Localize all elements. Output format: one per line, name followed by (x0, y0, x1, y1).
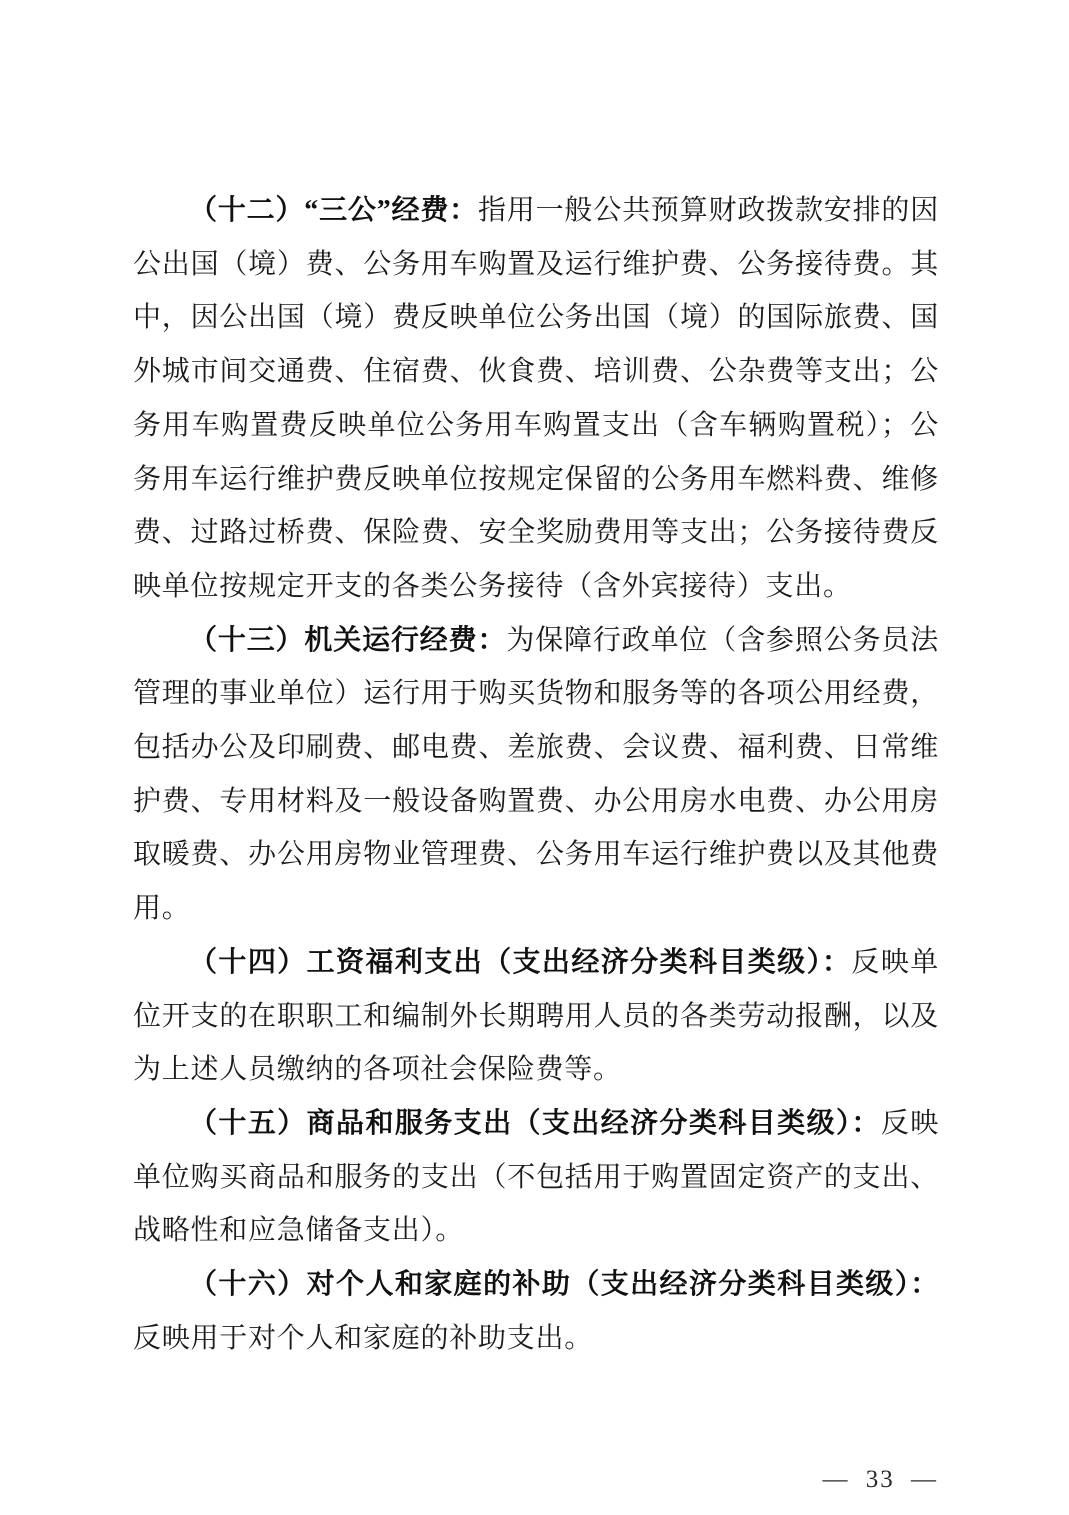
paragraph-item-13: （十三）机关运行经费：为保障行政单位（含参照公务员法管理的事业单位）运行用于购买… (133, 614, 939, 936)
paragraph-heading: （十五）商品和服务支出（支出经济分类科目类级）： (189, 1108, 881, 1139)
paragraph-item-14: （十四）工资福利支出（支出经济分类科目类级）：反映单位开支的在职职工和编制外长期… (133, 936, 939, 1097)
paragraph-heading: （十六）对个人和家庭的补助（支出经济分类科目类级）： (189, 1269, 939, 1300)
paragraph-heading: （十二）“三公”经费： (189, 195, 478, 226)
paragraph-item-12: （十二）“三公”经费：指用一般公共预算财政拨款安排的因公出国（境）费、公务用车购… (133, 184, 939, 614)
paragraph-item-16: （十六）对个人和家庭的补助（支出经济分类科目类级）：反映用于对个人和家庭的补助支… (133, 1258, 939, 1365)
paragraph-heading: （十三）机关运行经费： (189, 625, 506, 656)
paragraph-item-15: （十五）商品和服务支出（支出经济分类科目类级）：反映单位购买商品和服务的支出（不… (133, 1097, 939, 1258)
paragraph-body: 为保障行政单位（含参照公务员法管理的事业单位）运行用于购买货物和服务等的各项公用… (133, 625, 939, 925)
paragraph-body: 指用一般公共预算财政拨款安排的因公出国（境）费、公务用车购置及运行维护费、公务接… (133, 195, 939, 602)
document-content: （十二）“三公”经费：指用一般公共预算财政拨款安排的因公出国（境）费、公务用车购… (133, 184, 939, 1365)
paragraph-heading: （十四）工资福利支出（支出经济分类科目类级）： (189, 947, 851, 978)
document-page: （十二）“三公”经费：指用一般公共预算财政拨款安排的因公出国（境）费、公务用车购… (0, 0, 1069, 1515)
paragraph-body: 反映用于对个人和家庭的补助支出。 (133, 1323, 593, 1354)
page-number: — 33 — (823, 1466, 939, 1494)
